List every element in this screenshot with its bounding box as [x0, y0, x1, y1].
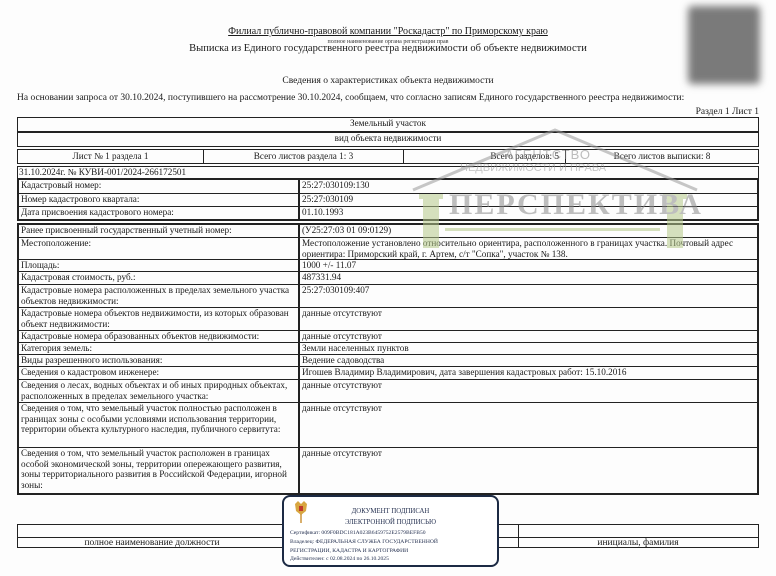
object-characteristics-table: Ранее присвоенный государственный учетны… — [17, 223, 759, 495]
row-label: Дата присвоения кадастрового номера: — [19, 207, 300, 219]
row-label: Кадастровая стоимость, руб.: — [19, 272, 300, 284]
table-row: Сведения о том, что земельный участок ра… — [19, 447, 757, 493]
position-caption: полное наименование должности — [17, 538, 287, 549]
stamp-owner: Владелец: ФЕДЕРАЛЬНАЯ СЛУЖБА ГОСУДАРСТВЕ… — [290, 539, 438, 545]
row-value: данные отсутствуют — [300, 403, 757, 447]
table-row: Кадастровые номера расположенных в преде… — [19, 284, 757, 307]
row-label: Площадь: — [19, 260, 300, 271]
stamp-owner-continued: РЕГИСТРАЦИИ, КАДАСТРА И КАРТОГРАФИИ — [290, 548, 408, 554]
row-value: Игошев Владимир Владимирович, дата завер… — [300, 367, 757, 379]
row-value: 25:27:030109:130 — [300, 180, 757, 193]
row-label: Сведения о лесах, водных объектах и об и… — [19, 380, 300, 402]
extract-sheets-total: Всего листов выписки: 8 — [566, 150, 758, 163]
row-value: Земли населенных пунктов — [300, 343, 757, 354]
document-number: 31.10.2024г. № КУВИ-001/2024-266172501 — [17, 166, 759, 179]
cadastral-identifiers-table: Кадастровый номер: 25:27:030109:130 Номе… — [17, 179, 759, 221]
row-value: 25:27:030109:407 — [300, 285, 757, 307]
object-type: Земельный участок — [17, 117, 759, 132]
row-label: Сведения о том, что земельный участок ра… — [19, 448, 300, 493]
table-row: Кадастровый номер: 25:27:030109:130 — [19, 180, 757, 193]
table-row: Ранее присвоенный государственный учетны… — [19, 225, 757, 237]
row-label: Ранее присвоенный государственный учетны… — [19, 225, 300, 237]
row-value: данные отсутствуют — [300, 380, 757, 402]
qr-code-blurred — [688, 6, 760, 84]
row-label: Сведения о кадастровом инженере: — [19, 367, 300, 379]
initials-caption: инициалы, фамилия — [517, 538, 759, 549]
row-value: данные отсутствуют — [300, 448, 757, 493]
table-row: Площадь: 1000 +/- 11.07 — [19, 259, 757, 271]
row-value: 1000 +/- 11.07 — [300, 260, 757, 271]
table-row: Сведения о лесах, водных объектах и об и… — [19, 379, 757, 402]
table-row: Кадастровые номера объектов недвижимости… — [19, 307, 757, 330]
row-value: данные отсутствуют — [300, 308, 757, 330]
request-basis-text: На основании запроса от 30.10.2024, пост… — [17, 93, 684, 104]
stamp-validity: Действителен: с 02.08.2024 по 26.10.2025 — [290, 556, 389, 562]
sheet-number: Лист № 1 раздела 1 — [18, 150, 204, 163]
row-label: Сведения о том, что земельный участок по… — [19, 403, 300, 447]
table-row: Сведения о кадастровом инженере: Игошев … — [19, 366, 757, 379]
stamp-certificate: Сертификат: 009F0BDC181A023B6459752E2579… — [290, 530, 426, 536]
stamp-title-1: ДОКУМЕНТ ПОДПИСАН — [284, 508, 497, 516]
table-row: Категория земель: Земли населенных пункт… — [19, 342, 757, 354]
document-subtitle: Сведения о характеристиках объекта недви… — [0, 76, 776, 87]
section-sheets-total: Всего листов раздела 1: 3 — [204, 150, 404, 163]
table-row: Дата присвоения кадастрового номера: 01.… — [19, 206, 757, 219]
row-value: Местоположение установлено относительно … — [300, 238, 757, 259]
row-value: Ведение садоводства — [300, 355, 757, 366]
row-value: 487331.94 — [300, 272, 757, 284]
table-row: Виды разрешенного использования: Ведение… — [19, 354, 757, 366]
organization-name: Филиал публично-правовой компании "Роска… — [0, 26, 776, 38]
row-label: Местоположение: — [19, 238, 300, 259]
object-type-caption: вид объекта недвижимости — [17, 132, 759, 147]
table-row: Номер кадастрового квартала: 25:27:03010… — [19, 193, 757, 206]
row-label: Кадастровый номер: — [19, 180, 300, 193]
row-value: (У25:27:03 01 09:0129) — [300, 225, 757, 237]
document-title: Выписка из Единого государственного реес… — [0, 43, 776, 55]
stamp-title-2: ЭЛЕКТРОННОЙ ПОДПИСЬЮ — [284, 519, 497, 527]
row-label: Номер кадастрового квартала: — [19, 194, 300, 206]
table-row: Местоположение: Местоположение установле… — [19, 237, 757, 259]
sections-total: Всего разделов: 5 — [404, 150, 566, 163]
row-value: 01.10.1993 — [300, 207, 757, 219]
row-label: Категория земель: — [19, 343, 300, 354]
table-row: Сведения о том, что земельный участок по… — [19, 402, 757, 447]
row-label: Кадастровые номера объектов недвижимости… — [19, 308, 300, 330]
table-row: Кадастровые номера образованных объектов… — [19, 330, 757, 342]
table-row: Кадастровая стоимость, руб.: 487331.94 — [19, 271, 757, 284]
electronic-signature-stamp: ДОКУМЕНТ ПОДПИСАН ЭЛЕКТРОННОЙ ПОДПИСЬЮ С… — [282, 495, 499, 567]
row-label: Виды разрешенного использования: — [19, 355, 300, 366]
row-label: Кадастровые номера образованных объектов… — [19, 331, 300, 342]
row-value: 25:27:030109 — [300, 194, 757, 206]
row-label: Кадастровые номера расположенных в преде… — [19, 285, 300, 307]
sheet-info-row: Лист № 1 раздела 1 Всего листов раздела … — [17, 149, 759, 164]
row-value: данные отсутствуют — [300, 331, 757, 342]
